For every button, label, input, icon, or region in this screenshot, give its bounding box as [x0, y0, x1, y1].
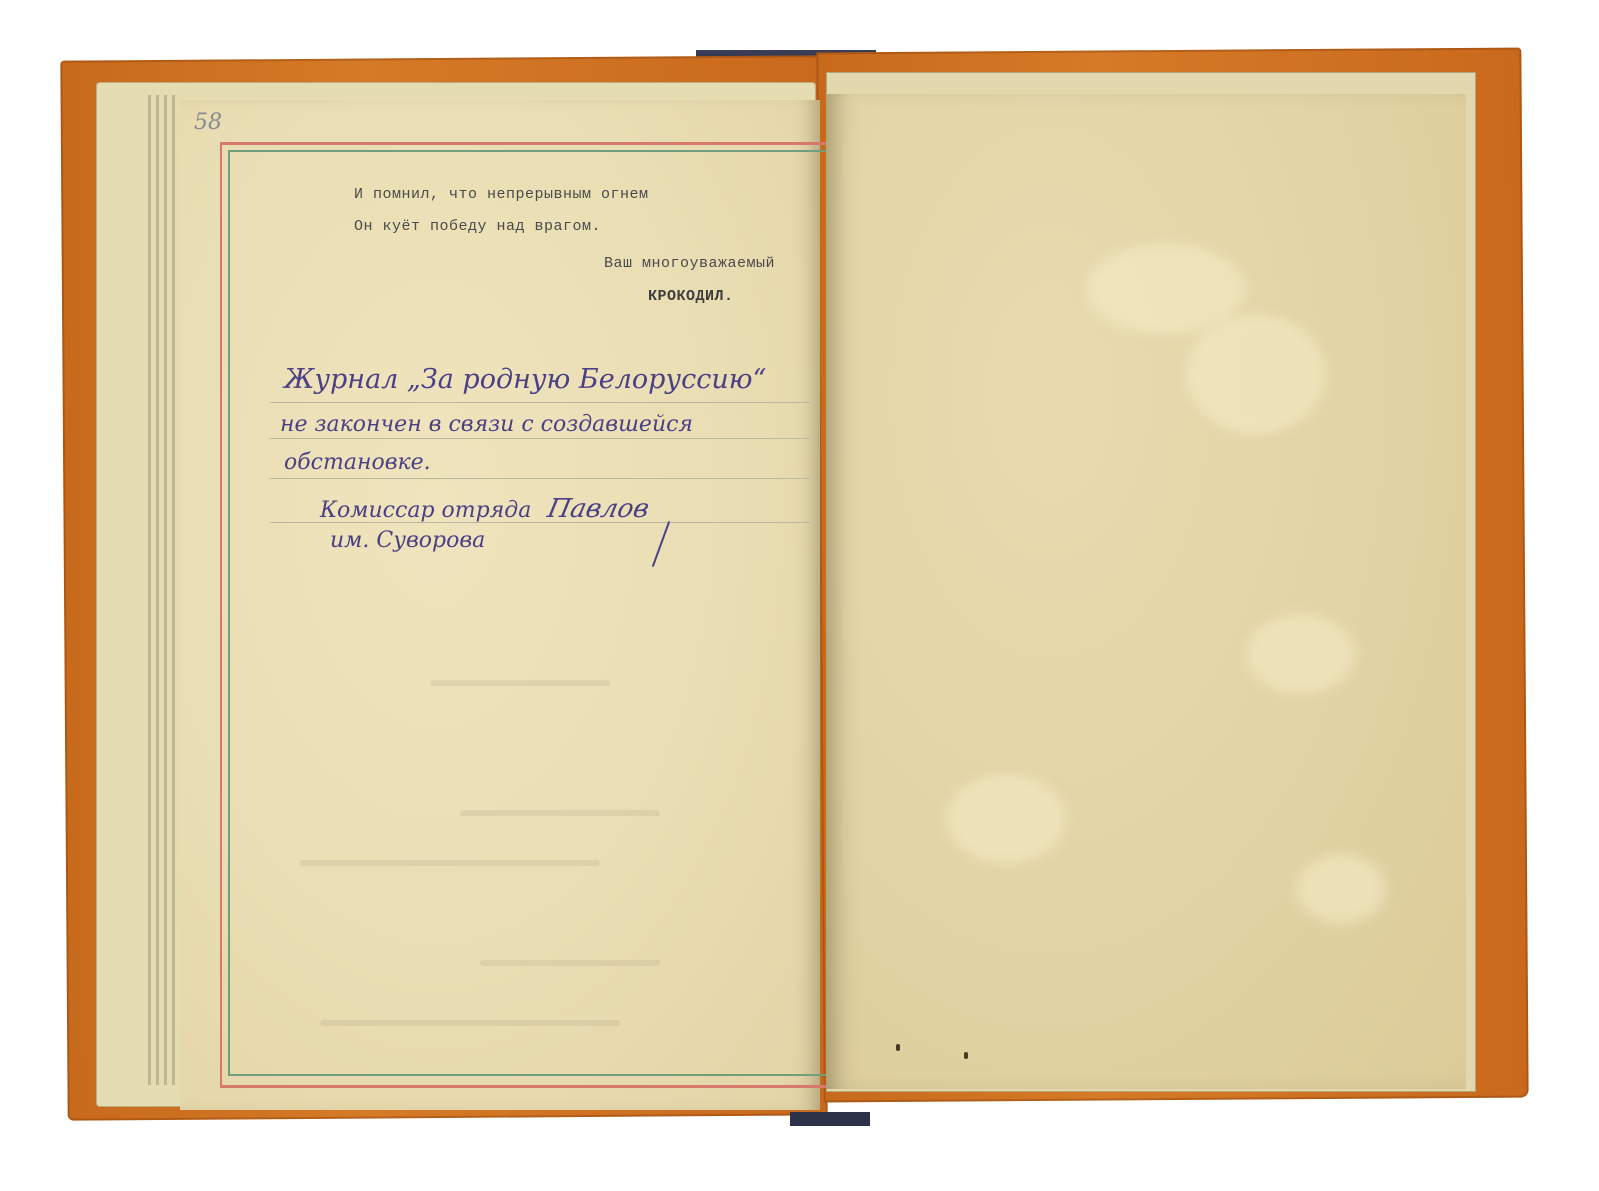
page-edge: [156, 95, 159, 1085]
page-edge: [172, 95, 175, 1085]
ruled-line: [270, 402, 810, 403]
right-page: [826, 94, 1466, 1089]
page-number: 58: [194, 110, 222, 135]
typed-signature: КРОКОДИЛ.: [648, 288, 734, 305]
document-scan: 58 И помнил, что непрерывным огнем Он ку…: [0, 0, 1599, 1191]
ruled-line: [270, 478, 810, 479]
ink-speck: [896, 1044, 900, 1051]
bleed-through-text: [320, 1020, 620, 1026]
binding-spine-bottom: [790, 1112, 870, 1126]
typed-line-2: Он куёт победу над врагом.: [354, 218, 601, 235]
typed-salutation: Ваш многоуважаемый: [604, 255, 775, 272]
bleed-through-text: [480, 960, 660, 966]
page-edge: [164, 95, 167, 1085]
bleed-through-text: [430, 680, 610, 686]
bleed-through-text: [460, 810, 660, 816]
bleed-through-text: [300, 860, 600, 866]
paper-stain: [946, 774, 1066, 864]
handwritten-line-1: Журнал „За родную Белоруссию“: [284, 364, 766, 395]
left-page: 58 И помнил, что непрерывным огнем Он ку…: [180, 100, 820, 1110]
green-border-frame: [228, 150, 842, 1076]
page-edge: [148, 95, 151, 1085]
handwritten-line-2: не закончен в связи с создавшейся: [280, 412, 693, 437]
ink-speck: [964, 1052, 968, 1059]
handwritten-line-3: обстановке.: [284, 450, 431, 475]
paper-stain: [1296, 854, 1386, 924]
typed-line-1: И помнил, что непрерывным огнем: [354, 186, 649, 203]
handwritten-signature: Павлов: [545, 494, 652, 524]
paper-stain: [1186, 314, 1326, 434]
handwritten-signoff-unit: им. Суворова: [330, 528, 485, 553]
ruled-line: [270, 438, 810, 439]
paper-stain: [1246, 614, 1356, 694]
handwritten-signoff-title: Комиссар отряда: [320, 498, 531, 523]
